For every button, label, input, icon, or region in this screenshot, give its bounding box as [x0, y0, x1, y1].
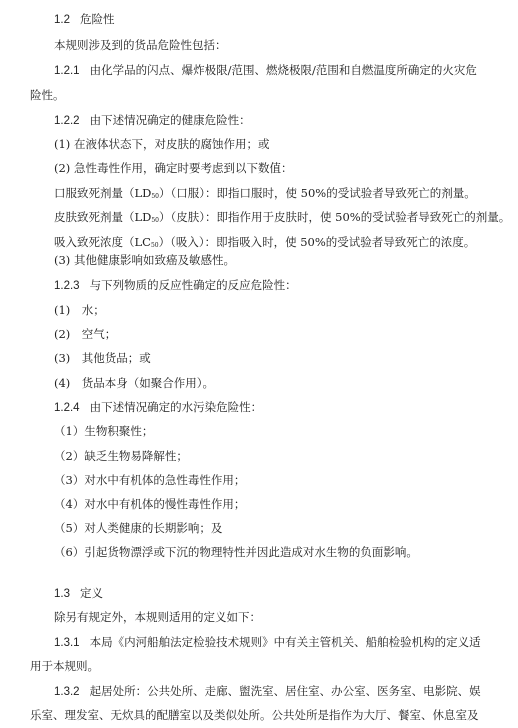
clause-text: 本局《内河船舶法定检验技术规则》中有关主管机关、船舶检验机构的定义适: [90, 635, 481, 649]
section-number: 1.2: [54, 14, 70, 26]
clause-number: 1.2.2: [54, 115, 80, 127]
list-item: (3) 其他货品；或: [54, 351, 151, 365]
paragraph-continuation: 险性。: [30, 88, 65, 102]
definition-ld50-oral: 口服致死剂量（LD50）（口服）：即指口服时，使 50%的受试验者导致死亡的剂量…: [54, 186, 476, 204]
clause-text: 由下述情况确定的水污染危险性：: [90, 400, 263, 414]
clause-text: 起居处所：公共处所、走廊、盥洗室、居住室、办公室、医务室、电影院、娱: [90, 684, 481, 698]
list-item: (1) 在液体状态下，对皮肤的腐蚀作用；或: [54, 137, 269, 151]
list-item: (3) 其他健康影响如致癌及敏感性。: [54, 253, 235, 267]
paragraph-continuation: 乐室、理发室、无炊具的配膳室以及类似处所。公共处所是指作为大厅、餐室、休息室及: [30, 708, 479, 722]
subscript: 50: [151, 193, 159, 200]
list-item: (1) 水；: [54, 303, 105, 317]
clause-1-2-3: 1.2.3与下列物质的反应性确定的反应危险性：: [54, 278, 297, 293]
subscript: 50: [151, 217, 159, 224]
text: 皮肤致死剂量（LD: [54, 210, 151, 224]
text: ）（口服）：即指口服时，使 50%的受试验者导致死亡的剂量。: [159, 186, 476, 200]
clause-1-3-2: 1.3.2起居处所：公共处所、走廊、盥洗室、居住室、办公室、医务室、电影院、娱: [54, 684, 481, 699]
clause-number: 1.2.1: [54, 65, 80, 77]
clause-number: 1.3.2: [54, 686, 80, 698]
section-heading-1-3: 1.3定义: [54, 586, 103, 601]
paragraph: 除另有规定外，本规则适用的定义如下：: [54, 610, 261, 624]
list-item: （5）对人类健康的长期影响；及: [54, 521, 222, 535]
paragraph: 本规则涉及到的货品危险性包括：: [54, 38, 227, 52]
section-heading-1-2: 1.2危险性: [54, 12, 115, 27]
clause-number: 1.3.1: [54, 637, 80, 649]
list-item: （4）对水中有机体的慢性毒性作用；: [54, 497, 245, 511]
list-item: （3）对水中有机体的急性毒性作用；: [54, 473, 245, 487]
clause-number: 1.2.4: [54, 402, 80, 414]
paragraph-continuation: 用于本规则。: [30, 659, 99, 673]
clause-number: 1.2.3: [54, 280, 80, 292]
list-item: (4) 货品本身（如聚合作用）。: [54, 376, 214, 390]
list-item: (2) 空气；: [54, 327, 116, 341]
definition-lc50-inhalation: 吸入致死浓度（LC50）（吸入）：即指吸入时，使 50%的受试验者导致死亡的浓度…: [54, 235, 475, 253]
section-title: 危险性: [80, 12, 115, 26]
text: ）（皮肤）：即指作用于皮肤时，使 50%的受试验者导致死亡的剂量。: [159, 210, 510, 224]
text: 口服致死剂量（LD: [54, 186, 151, 200]
clause-1-2-4: 1.2.4由下述情况确定的水污染危险性：: [54, 400, 262, 415]
clause-1-2-1: 1.2.1由化学品的闪点、爆炸极限/范围、燃烧极限/范围和自燃温度所确定的火灾危: [54, 63, 477, 78]
list-item: (2) 急性毒性作用，确定时要考虑到以下数值：: [54, 161, 292, 175]
definition-ld50-dermal: 皮肤致死剂量（LD50）（皮肤）：即指作用于皮肤时，使 50%的受试验者导致死亡…: [54, 210, 510, 228]
list-item: （1）生物积聚性；: [54, 424, 153, 438]
list-item: （6）引起货物漂浮或下沉的物理特性并因此造成对水生物的负面影响。: [54, 545, 418, 559]
clause-text: 由下述情况确定的健康危险性：: [90, 113, 251, 127]
clause-1-2-2: 1.2.2由下述情况确定的健康危险性：: [54, 113, 251, 128]
section-title: 定义: [80, 586, 103, 600]
section-number: 1.3: [54, 588, 70, 600]
clause-text: 由化学品的闪点、爆炸极限/范围、燃烧极限/范围和自燃温度所确定的火灾危: [90, 63, 477, 77]
text: 吸入致死浓度（LC: [54, 235, 151, 249]
list-item: （2）缺乏生物易降解性；: [54, 449, 188, 463]
clause-1-3-1: 1.3.1本局《内河船舶法定检验技术规则》中有关主管机关、船舶检验机构的定义适: [54, 635, 481, 650]
clause-text: 与下列物质的反应性确定的反应危险性：: [90, 278, 297, 292]
text: ）（吸入）：即指吸入时，使 50%的受试验者导致死亡的浓度。: [159, 235, 476, 249]
subscript: 50: [151, 242, 159, 249]
